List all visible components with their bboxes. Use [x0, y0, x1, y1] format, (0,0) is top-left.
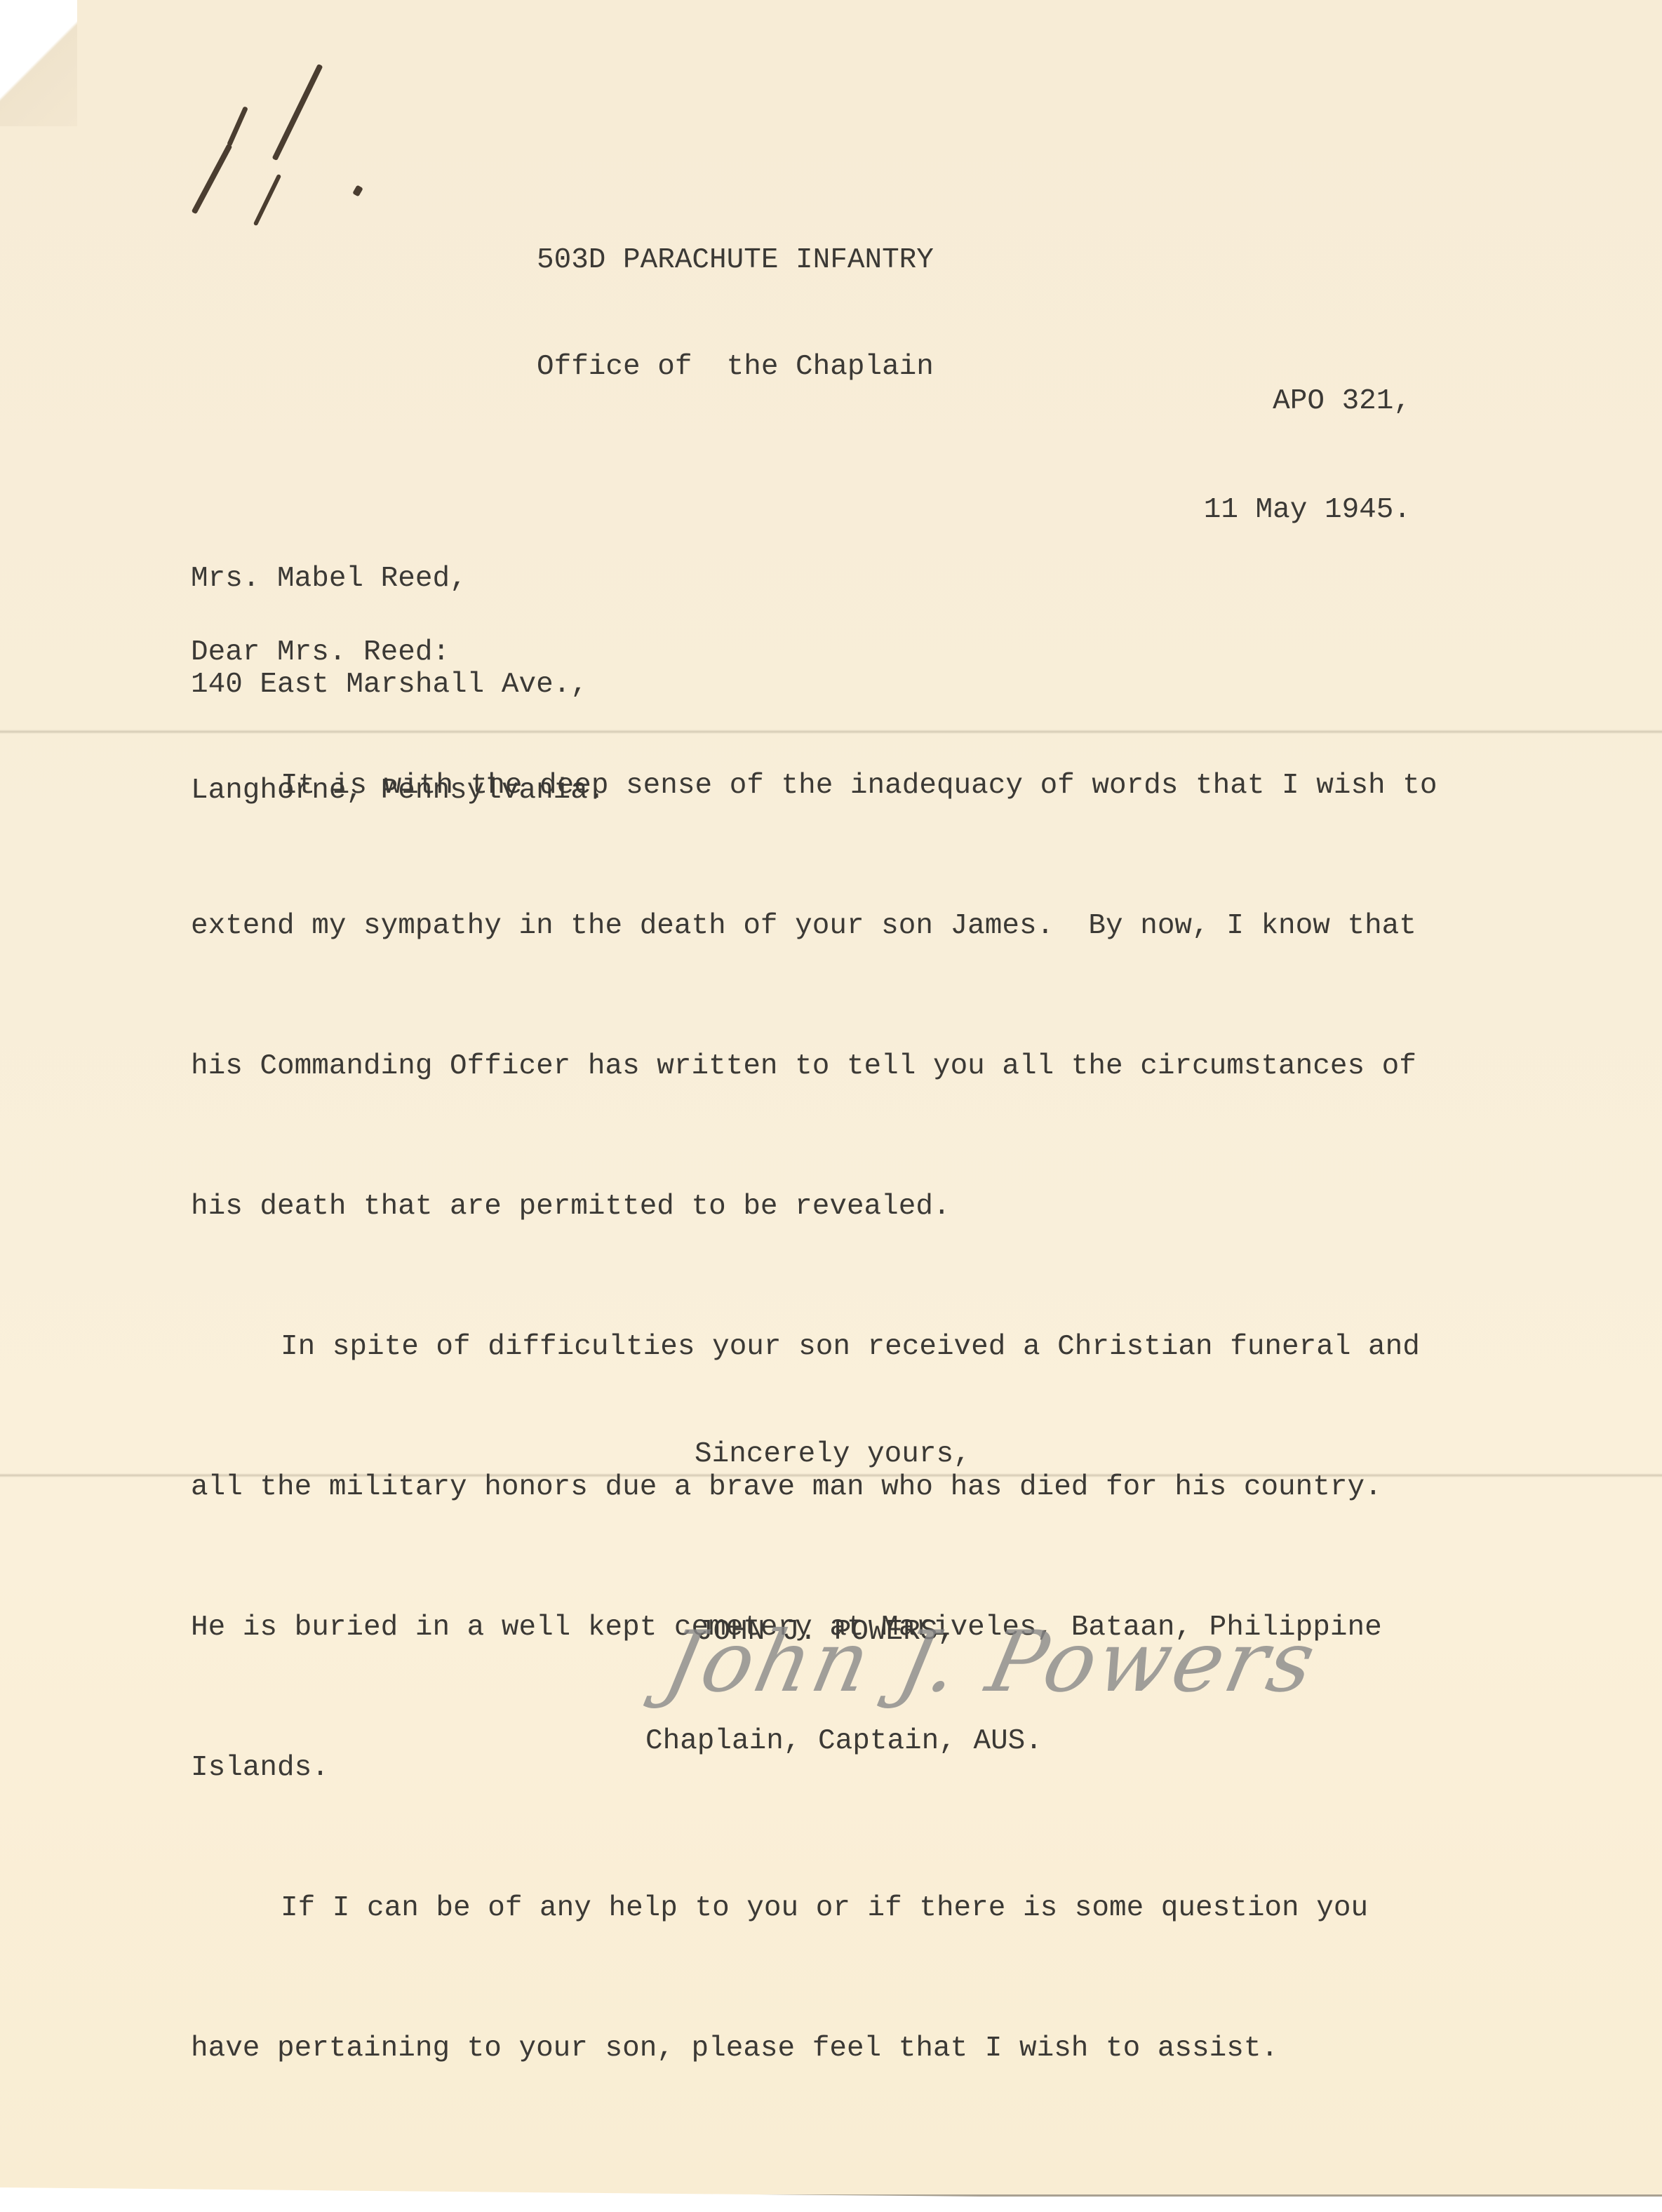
body-line: It is with the deep sense of the inadequ… [191, 768, 1437, 838]
folded-corner [0, 0, 77, 126]
letterhead-office: Office of the Chaplain [537, 349, 934, 385]
body-line: If I can be of any help to you or if the… [191, 1891, 1437, 1961]
letterhead: 503D PARACHUTE INFANTRY Office of the Ch… [537, 172, 934, 420]
dateline-location: APO 321, [1204, 382, 1411, 421]
complimentary-closing: Sincerely yours, [695, 1437, 971, 1472]
body-line: all the military honors due a brave man … [191, 1470, 1437, 1540]
dateline: APO 321, 11 May 1945. [1204, 312, 1411, 565]
letterhead-unit: 503D PARACHUTE INFANTRY [537, 242, 934, 279]
salutation: Dear Mrs. Reed: [191, 635, 450, 670]
handwritten-signature: John J. Powers [656, 1614, 1325, 1711]
dateline-date: 11 May 1945. [1204, 491, 1411, 530]
body-line: have pertaining to your son, please feel… [191, 2031, 1437, 2101]
signatory-title: Chaplain, Captain, AUS. [645, 1722, 1043, 1761]
body-line: extend my sympathy in the death of your … [191, 909, 1437, 979]
body-line: his death that are permitted to be revea… [191, 1189, 1437, 1259]
body-line: his Commanding Officer has written to te… [191, 1049, 1437, 1119]
body-line: In spite of difficulties your son receiv… [191, 1329, 1437, 1400]
letter-body: It is with the deep sense of the inadequ… [191, 698, 1437, 2136]
addressee-name: Mrs. Mabel Reed, [191, 561, 605, 597]
